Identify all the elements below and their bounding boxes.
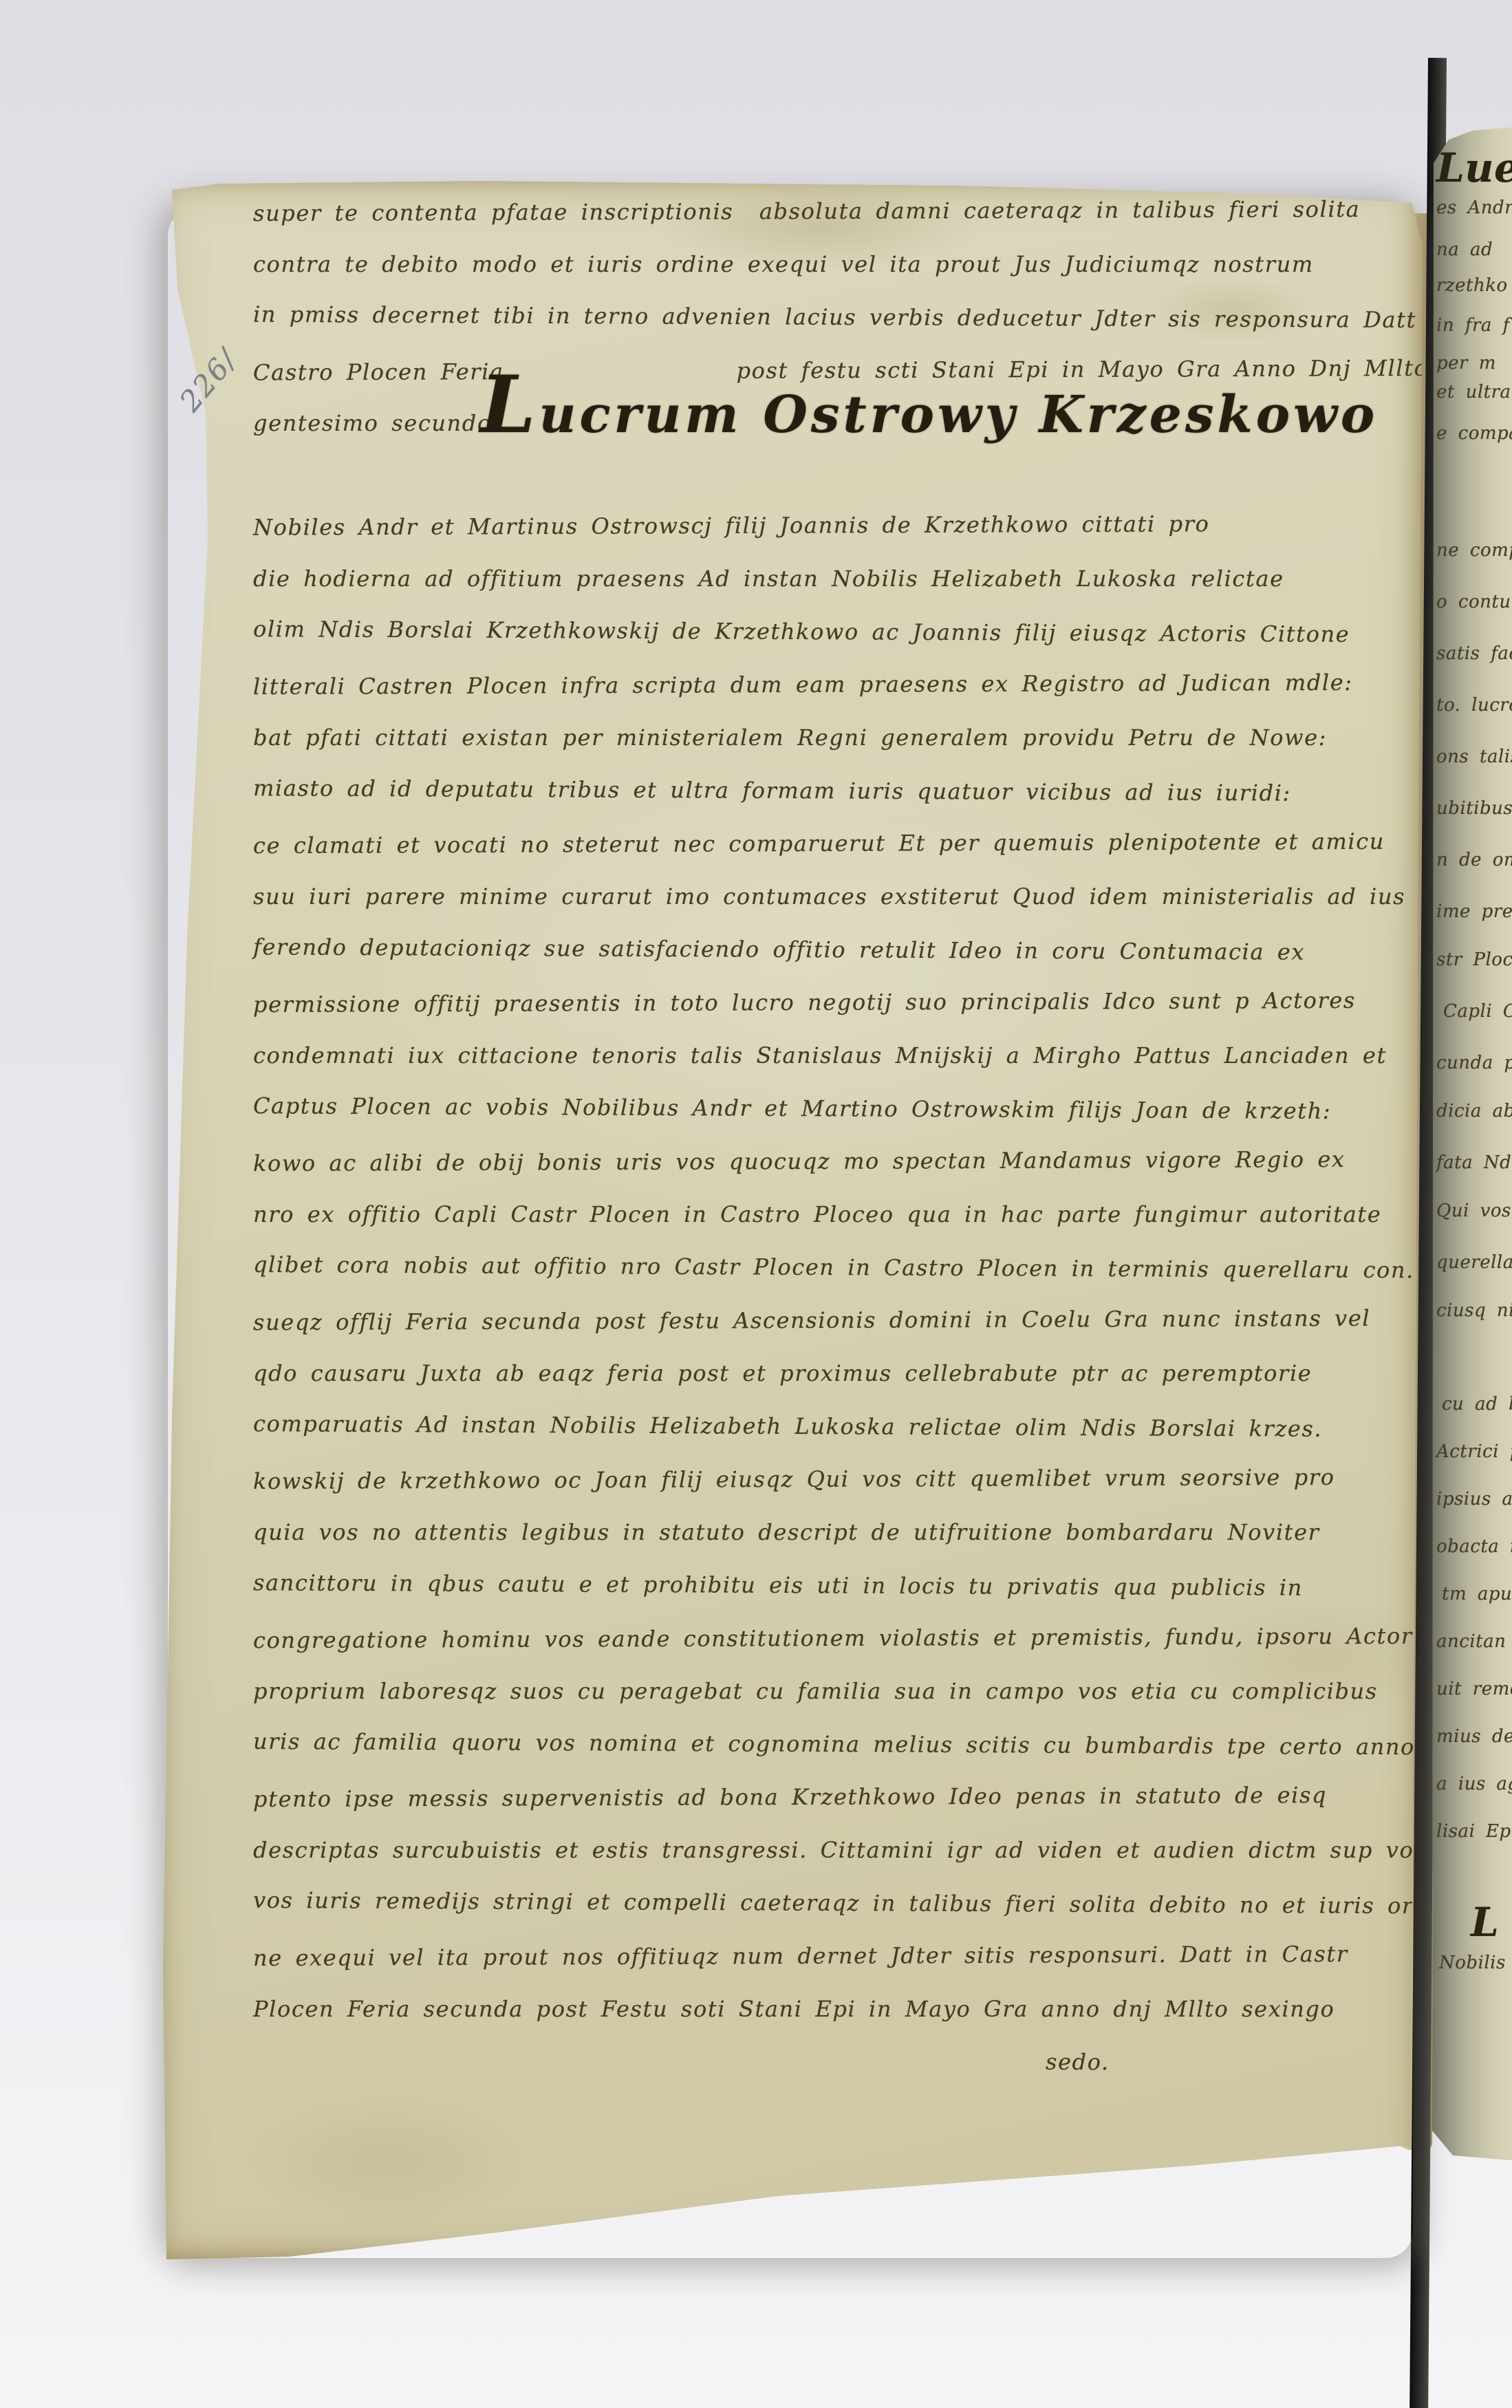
facing-page-text-fragment: in fra f <box>1436 315 1510 336</box>
manuscript-text-line: condemnati iux cittacione tenoris talis … <box>253 1042 1387 1068</box>
manuscript-text-line: permissione offitij praesentis in toto l… <box>253 987 1356 1018</box>
manuscript-text-line: kowskij de krzethkowo oc Joan filij eius… <box>253 1464 1335 1494</box>
facing-page-text-fragment: e compa <box>1436 423 1512 444</box>
manuscript-text-line: proprium laboresqz suos cu peragebat cu … <box>253 1678 1378 1704</box>
manuscript-text-line: ferendo deputacioniqz sue satisfaciendo … <box>253 934 1305 965</box>
manuscript-page: super te contenta pfatae inscriptionis a… <box>158 179 1424 2264</box>
manuscript-text-line: ne exequi vel ita prout nos offitiuqz nu… <box>253 1941 1348 1971</box>
facing-page-text-fragment: obacta im <box>1436 1536 1512 1557</box>
facing-page-text-fragment: n de omn <box>1436 850 1512 870</box>
manuscript-text-line: ptento ipse messis supervenistis ad bona… <box>253 1782 1327 1812</box>
facing-page-sliver: Luees Andrna adrzethkoin fra fper met ul… <box>1432 127 1512 2160</box>
manuscript-text-line: suu iuri parere minime curarut imo contu… <box>253 883 1453 910</box>
facing-page-text-fragment: Nobilis <box>1439 1953 1506 1973</box>
manuscript-text-line: qdo causaru Juxta ab eaqz feria post et … <box>253 1360 1312 1386</box>
facing-page-text-fragment: dicia ab <box>1436 1101 1512 1121</box>
facing-page-text-fragment: cu ad bon <box>1442 1394 1512 1415</box>
facing-page-text-fragment: es Andr <box>1436 197 1512 218</box>
manuscript-text-line: congregatione hominu vos eande constitut… <box>253 1623 1428 1654</box>
manuscript-text-line: sedo. <box>1046 2049 1110 2075</box>
facing-page-text-fragment: Actrici pecu <box>1436 1441 1512 1462</box>
manuscript-text-line: descriptas surcubuistis et estis transgr… <box>253 1837 1426 1863</box>
manuscript-text-line: litterali Castren Plocen infra scripta d… <box>253 669 1353 700</box>
manuscript-text-line: contra te debito modo et iuris ordine ex… <box>253 251 1314 277</box>
manuscript-text-line: quia vos no attentis legibus in statuto … <box>253 1519 1320 1545</box>
facing-page-text-fragment: Capli C <box>1443 1001 1512 1022</box>
manuscript-text-line: comparuatis Ad instan Nobilis Helizabeth… <box>253 1410 1322 1442</box>
manuscript-text-line: Nobiles Andr et Martinus Ostrowscj filij… <box>253 510 1210 540</box>
facing-page-text-fragment: Qui vos citt <box>1436 1201 1512 1221</box>
facing-page-text-fragment: na ad <box>1436 239 1493 260</box>
manuscript-text-line: super te contenta pfatae inscriptionis a… <box>253 196 1360 226</box>
manuscript-text-line: vos iuris remedijs stringi et compelli c… <box>253 1887 1437 1919</box>
facing-page-text-fragment: ne comp <box>1436 540 1512 561</box>
facing-page-text-fragment: ciusq ni <box>1436 1300 1512 1321</box>
manuscript-text-line: sueqz offlij Feria secunda post festu As… <box>253 1305 1370 1335</box>
facing-page-text-fragment: per m <box>1436 353 1496 374</box>
facing-page-text-fragment: ubitibus <box>1436 798 1512 819</box>
manuscript-text-line: nro ex offitio Capli Castr Plocen in Cas… <box>253 1201 1381 1227</box>
facing-page-text-fragment: o contum <box>1436 592 1512 612</box>
manuscript-text-line: kowo ac alibi de obij bonis uris vos quo… <box>253 1146 1346 1176</box>
manuscript-text-line: Plocen Feria secunda post Festu soti Sta… <box>253 1996 1335 2022</box>
facing-page-text-fragment: et ultra <box>1436 382 1511 402</box>
manuscript-text-line: olim Ndis Borslai Krzethkowskij de Krzet… <box>253 616 1350 647</box>
facing-page-text-fragment: L <box>1471 1899 1499 1946</box>
facing-page-text-fragment: a ius agro <box>1436 1774 1512 1794</box>
manuscript-text-line: sancittoru in qbus cautu e et prohibitu … <box>253 1569 1303 1600</box>
manuscript-text-line: Captus Plocen ac vobis Nobilibus Andr et… <box>253 1093 1331 1124</box>
facing-page-text-fragment: uit remed <box>1436 1679 1512 1699</box>
manuscript-text-line: miasto ad id deputatu tribus et ultra fo… <box>253 775 1291 806</box>
facing-page-text-fragment: mius dedu <box>1436 1726 1512 1747</box>
facing-page-text-fragment: ons talis <box>1436 746 1512 767</box>
facing-page-text-fragment: Lue <box>1436 144 1512 191</box>
facing-page-text-fragment: ime prese <box>1436 901 1512 922</box>
entry-heading: Lucrum Ostrowy Krzeskowo <box>480 377 1378 444</box>
scanner-background: { "scan": { "background_color": "#e7e6eb… <box>0 0 1512 2408</box>
manuscript-text-line: qlibet cora nobis aut offitio nro Castr … <box>253 1251 1414 1283</box>
facing-page-text-fragment: str Ploc <box>1436 949 1512 970</box>
manuscript-text-line: ce clamati et vocati no steterut nec com… <box>253 828 1385 859</box>
facing-page-text-fragment: cunda po <box>1436 1053 1512 1073</box>
manuscript-text-line: uris ac familia quoru vos nomina et cogn… <box>253 1728 1415 1760</box>
manuscript-text-line: in pmiss decernet tibi in terno advenien… <box>253 301 1453 334</box>
manuscript-text-line: die hodierna ad offitium praesens Ad ins… <box>253 566 1284 592</box>
facing-page-text-fragment: fata Ndis <box>1436 1152 1512 1173</box>
manuscript-text-line: bat pfati cittati existan per ministeria… <box>253 724 1327 751</box>
facing-page-text-fragment: satis faci <box>1436 643 1512 664</box>
facing-page-text-fragment: lisai Epi m <box>1436 1821 1512 1842</box>
facing-page-text-fragment: ipsius actri <box>1436 1489 1512 1509</box>
facing-page-text-fragment: rzethko <box>1436 275 1508 296</box>
facing-page-text-fragment: querellaru <box>1436 1252 1512 1273</box>
facing-page-text-fragment: tm apud <box>1442 1584 1512 1604</box>
manuscript-text-line: gentesimo secundo. <box>253 410 499 436</box>
facing-page-text-fragment: to. lucro <box>1436 695 1512 716</box>
facing-page-text-fragment: ancitan a <box>1436 1631 1512 1652</box>
